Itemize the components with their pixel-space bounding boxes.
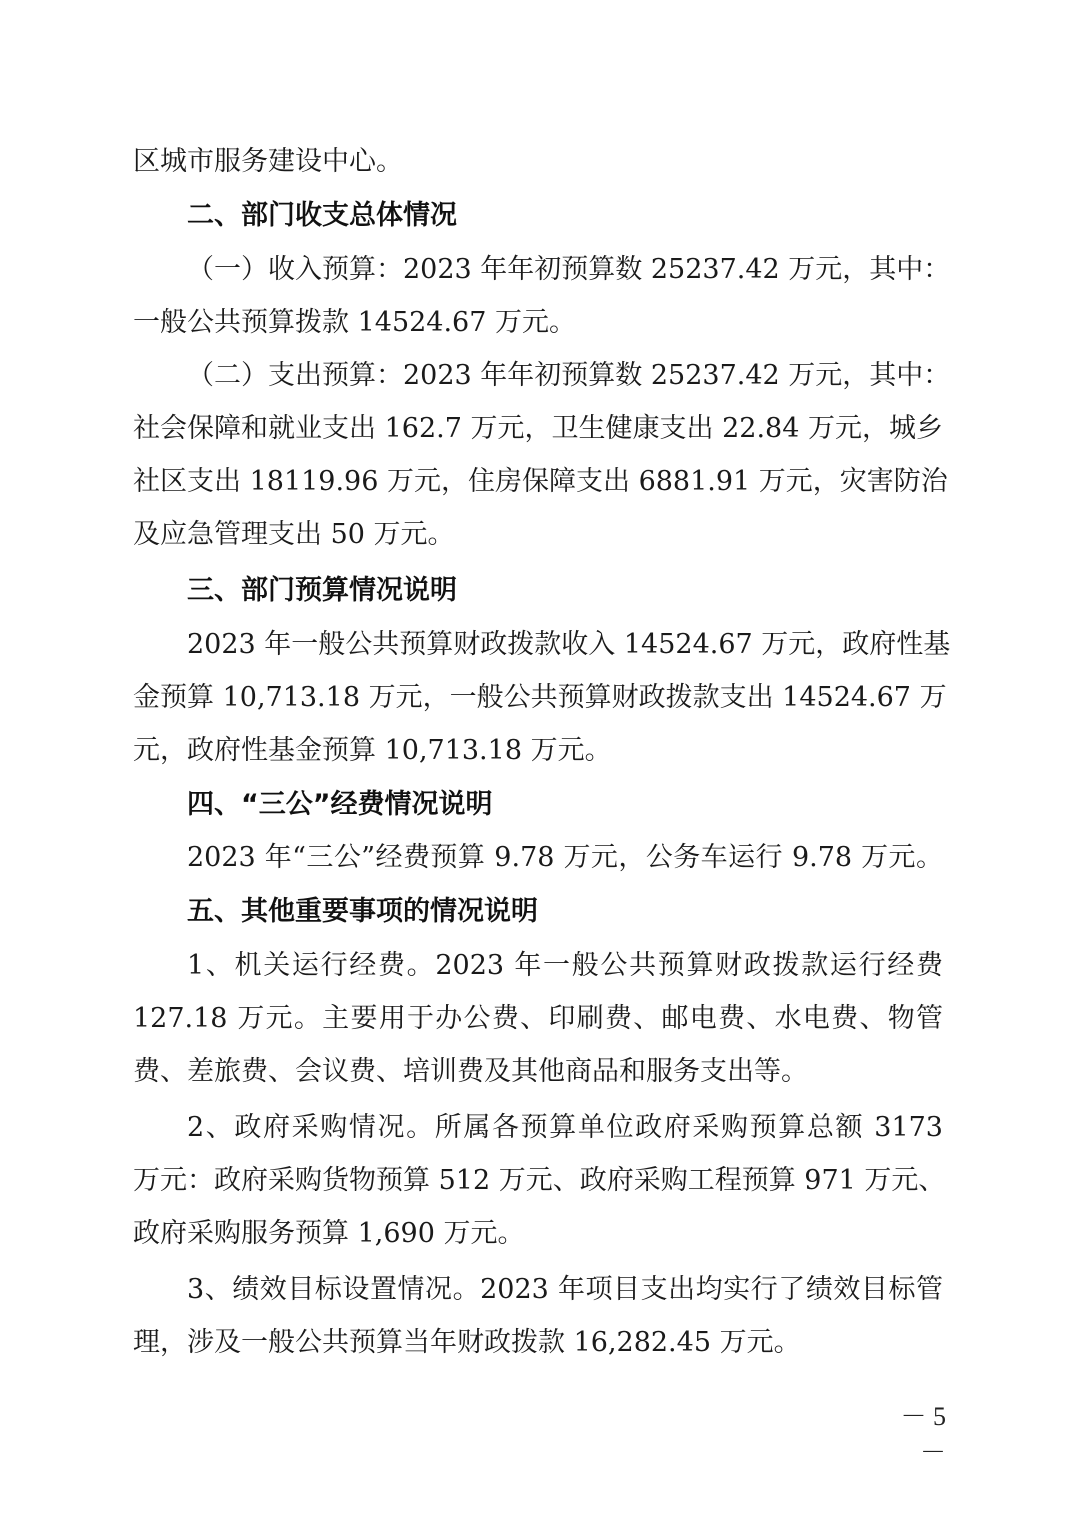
section-heading-3-budget-explanation: 三、部门预算情况说明 (187, 571, 457, 611)
section-heading-5-other-matters: 五、其他重要事项的情况说明 (187, 892, 538, 932)
body-line-continuation: 区城市服务建设中心。 (133, 142, 943, 182)
budget-explanation-line-1: 2023 年一般公共预算财政拨款收入 14524.67 万元，政府性基 (187, 625, 943, 665)
procurement-line-2: 万元：政府采购货物预算 512 万元、政府采购工程预算 971 万元、 (133, 1161, 943, 1201)
page-number: － 5 － (876, 1399, 946, 1435)
performance-goals-line-1: 3、绩效目标设置情况。2023 年项目支出均实行了绩效目标管 (187, 1270, 943, 1310)
budget-explanation-line-2: 金预算 10,713.18 万元，一般公共预算财政拨款支出 14524.67 万 (133, 678, 943, 718)
operating-expenses-line-2: 127.18 万元。主要用于办公费、印刷费、邮电费、水电费、物管 (133, 999, 943, 1039)
document-page: 区城市服务建设中心。 二、部门收支总体情况 （一）收入预算：2023 年年初预算… (0, 0, 1074, 1520)
income-budget-line-1: （一）收入预算：2023 年年初预算数 25237.42 万元，其中： (187, 250, 943, 290)
section-heading-4-three-public-expenses: 四、“三公”经费情况说明 (187, 785, 493, 825)
three-public-expenses-line: 2023 年“三公”经费预算 9.78 万元，公务车运行 9.78 万元。 (187, 838, 943, 878)
procurement-line-3: 政府采购服务预算 1,690 万元。 (133, 1214, 943, 1254)
budget-explanation-line-3: 元，政府性基金预算 10,713.18 万元。 (133, 731, 943, 771)
expenditure-budget-line-4: 及应急管理支出 50 万元。 (133, 515, 943, 555)
section-heading-2-overall-revenue-expenditure: 二、部门收支总体情况 (187, 196, 457, 236)
operating-expenses-line-1: 1、机关运行经费。2023 年一般公共预算财政拨款运行经费 (187, 946, 943, 986)
income-budget-line-2: 一般公共预算拨款 14524.67 万元。 (133, 303, 943, 343)
expenditure-budget-line-1: （二）支出预算：2023 年年初预算数 25237.42 万元，其中： (187, 356, 943, 396)
procurement-line-1: 2、政府采购情况。所属各预算单位政府采购预算总额 3173 (187, 1108, 943, 1148)
performance-goals-line-2: 理，涉及一般公共预算当年财政拨款 16,282.45 万元。 (133, 1323, 943, 1363)
expenditure-budget-line-3: 社区支出 18119.96 万元，住房保障支出 6881.91 万元，灾害防治 (133, 462, 943, 502)
operating-expenses-line-3: 费、差旅费、会议费、培训费及其他商品和服务支出等。 (133, 1052, 943, 1092)
expenditure-budget-line-2: 社会保障和就业支出 162.7 万元，卫生健康支出 22.84 万元，城乡 (133, 409, 943, 449)
